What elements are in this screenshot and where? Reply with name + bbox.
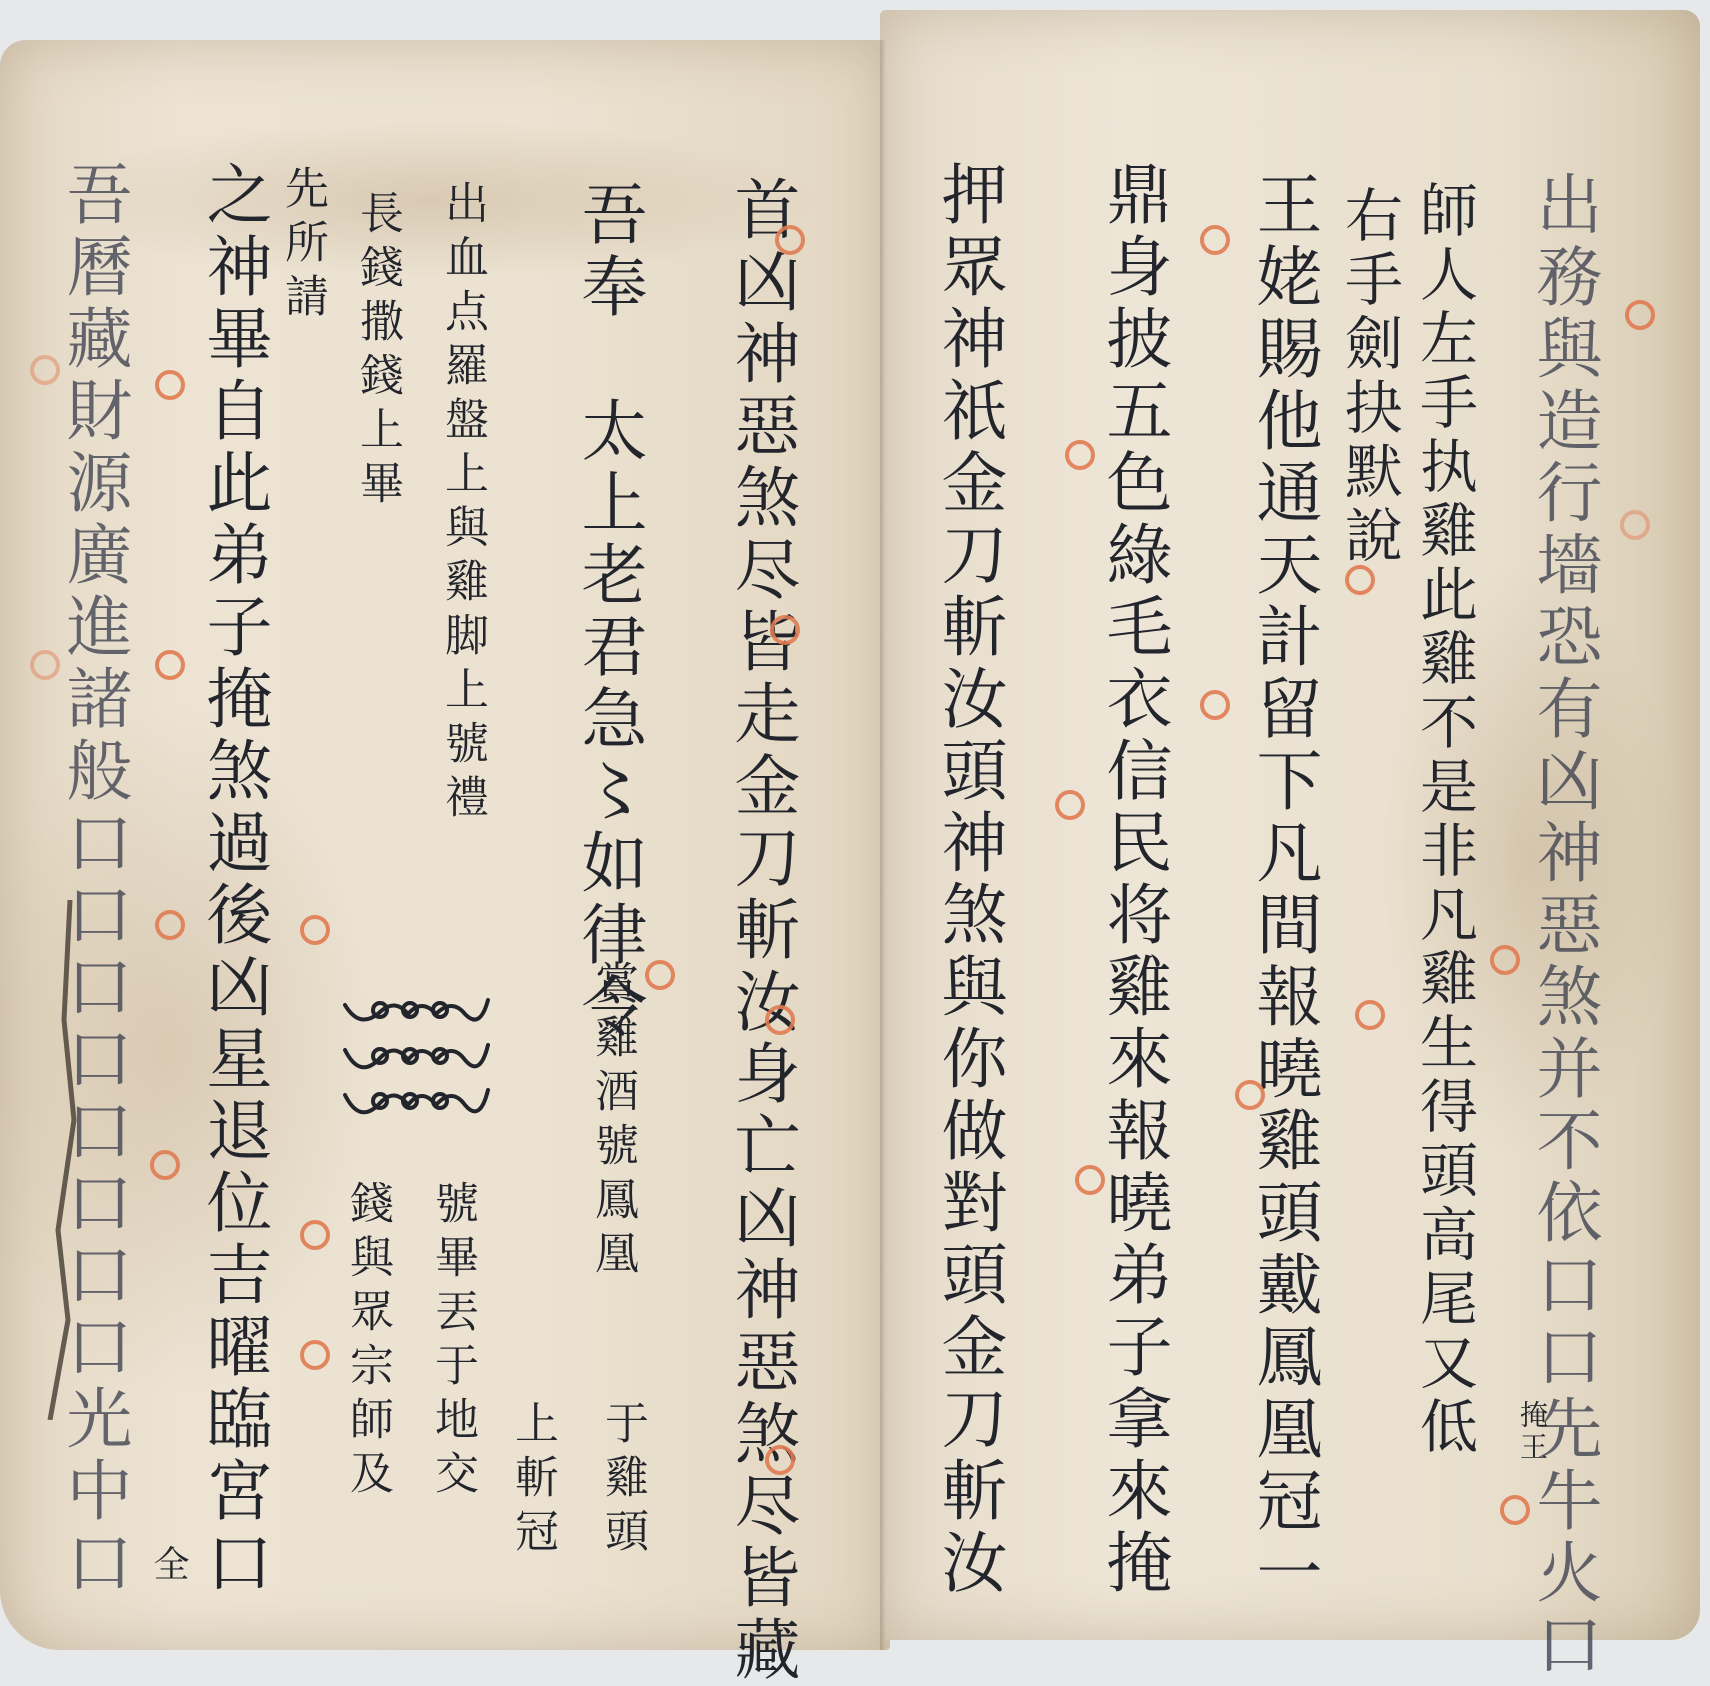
talisman-seal-icon — [340, 990, 490, 1140]
right-col-2: 師人左手执雞此雞不是非凡雞生得頭高尾又低 — [1415, 180, 1473, 1460]
page-number: 全 — [150, 1545, 186, 1585]
margin-note: 掩王 — [1518, 1400, 1546, 1464]
left-col-3a: 賞雞酒號鳳凰 — [590, 960, 634, 1284]
left-col-5: 長錢撒錢上畢 — [355, 190, 399, 514]
red-punctuation-mark — [1345, 565, 1375, 595]
left-col-2: 吾奉 太上老君急〻如律令 — [575, 180, 641, 1044]
left-col-7: 之神畢自此弟子掩煞過後凶星退位吉曜臨宮口 — [200, 160, 266, 1600]
left-col-4: 出血点羅盤上與雞脚上號禮 — [440, 180, 484, 828]
book-gutter — [880, 40, 886, 1650]
red-punctuation-mark — [765, 1005, 795, 1035]
red-punctuation-mark — [1200, 225, 1230, 255]
red-punctuation-mark — [300, 915, 330, 945]
red-punctuation-mark — [765, 1445, 795, 1475]
red-punctuation-mark — [1620, 510, 1650, 540]
red-punctuation-mark — [1625, 300, 1655, 330]
left-col-3c: 上斬冠 — [510, 1400, 554, 1562]
red-punctuation-mark — [645, 960, 675, 990]
right-col-4: 王姥賜他通天計留下凡間報曉雞頭戴鳳凰冠一 — [1250, 170, 1316, 1610]
red-punctuation-mark — [775, 225, 805, 255]
red-punctuation-mark — [300, 1220, 330, 1250]
red-punctuation-mark — [1500, 1495, 1530, 1525]
red-punctuation-mark — [770, 615, 800, 645]
red-punctuation-mark — [300, 1340, 330, 1370]
red-punctuation-mark — [1055, 790, 1085, 820]
red-punctuation-mark — [155, 370, 185, 400]
left-col-3b: 于雞頭 — [600, 1400, 644, 1562]
red-punctuation-mark — [1355, 1000, 1385, 1030]
left-col-4b: 號畢丟于地交 — [430, 1180, 474, 1504]
left-col-6: 先所請 — [280, 165, 324, 327]
right-col-5: 鼎身披五色綠毛衣信民将雞來報曉弟子拿來掩 — [1100, 160, 1166, 1600]
red-punctuation-mark — [150, 1150, 180, 1180]
right-col-3: 右手劍抉默說 — [1340, 185, 1398, 569]
left-col-5b: 錢與眾宗師及 — [345, 1180, 389, 1504]
red-punctuation-mark — [1075, 1165, 1105, 1195]
red-punctuation-mark — [30, 650, 60, 680]
red-punctuation-mark — [30, 355, 60, 385]
right-col-6: 押眾神祇金刀斬汝頭神煞與你做對頭金刀斬汝 — [935, 160, 1001, 1600]
red-punctuation-mark — [1235, 1080, 1265, 1110]
red-punctuation-mark — [155, 650, 185, 680]
red-punctuation-mark — [155, 910, 185, 940]
paper-tear — [40, 900, 100, 1420]
red-punctuation-mark — [1200, 690, 1230, 720]
red-punctuation-mark — [1065, 440, 1095, 470]
red-punctuation-mark — [1490, 945, 1520, 975]
